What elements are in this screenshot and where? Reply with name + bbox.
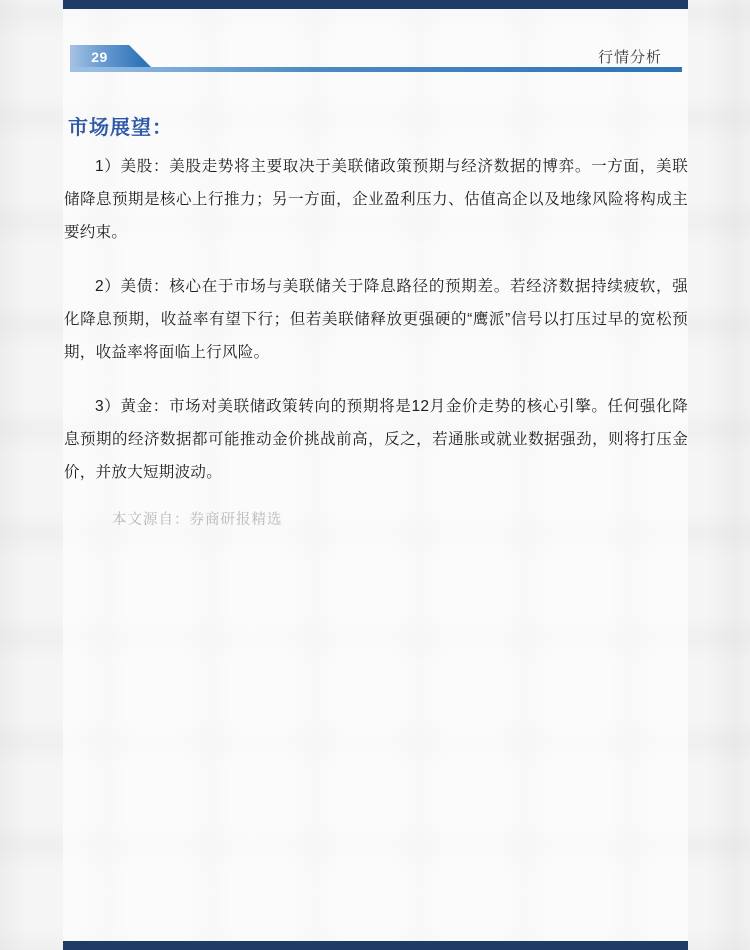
body-text: 1）美股：美股走势将主要取决于美联储政策预期与经济数据的博弈。一方面，美联储降息… bbox=[64, 150, 688, 510]
header-divider bbox=[70, 67, 682, 72]
page-number: 29 bbox=[91, 49, 108, 65]
paragraph-us-stocks: 1）美股：美股走势将主要取决于美联储政策预期与经济数据的博弈。一方面，美联储降息… bbox=[64, 150, 688, 249]
report-page: 29 行情分析 市场展望： 1）美股：美股走势将主要取决于美联储政策预期与经济数… bbox=[0, 0, 750, 950]
paragraph-us-bonds: 2）美债：核心在于市场与美联储关于降息路径的预期差。若经济数据持续疲软，强化降息… bbox=[64, 270, 688, 369]
page-edge-bottom-bar bbox=[63, 941, 688, 950]
page-title: 市场展望： bbox=[68, 111, 173, 140]
source-attribution: 本文源自：券商研报精选 bbox=[112, 508, 283, 529]
page-edge-top-bar bbox=[63, 0, 688, 9]
header-section-title: 行情分析 bbox=[598, 46, 662, 67]
paragraph-gold: 3）黄金：市场对美联储政策转向的预期将是12月金价走势的核心引擎。任何强化降息预… bbox=[64, 390, 688, 489]
